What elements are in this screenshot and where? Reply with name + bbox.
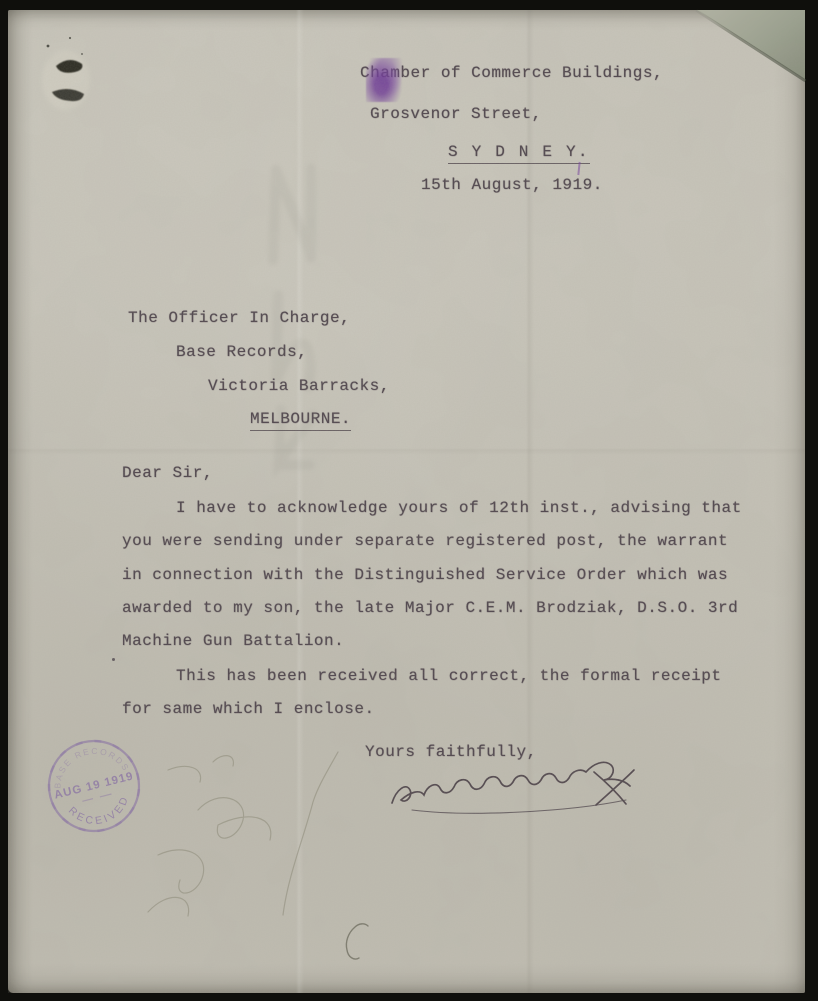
paper-tear bbox=[42, 37, 90, 110]
body-line: I have to acknowledge yours of 12th inst… bbox=[176, 499, 742, 518]
pencil-scribbles bbox=[148, 752, 338, 916]
body-line: for same which I enclose. bbox=[122, 700, 375, 719]
body-line: in connection with the Distinguished Ser… bbox=[122, 566, 728, 585]
heading-date: 15th August, 1919. bbox=[421, 176, 603, 195]
salutation: Dear Sir, bbox=[122, 464, 213, 483]
recipient-line1: The Officer In Charge, bbox=[128, 309, 350, 328]
closing: Yours faithfully, bbox=[365, 743, 537, 762]
stamp-date: AUG 19 1919 bbox=[53, 770, 135, 801]
recipient-line3: Victoria Barracks, bbox=[208, 377, 390, 396]
letter-page: Chamber of Commerce Buildings, Grosvenor… bbox=[8, 10, 805, 993]
body-line: This has been received all correct, the … bbox=[176, 667, 721, 686]
heading-address-line2: Grosvenor Street, bbox=[370, 105, 542, 124]
heading-city: S Y D N E Y. bbox=[448, 143, 590, 164]
pencil-c-mark bbox=[346, 924, 368, 959]
recipient-line2: Base Records, bbox=[176, 343, 307, 362]
stray-ink-dot bbox=[112, 658, 115, 661]
ink-smudge bbox=[577, 162, 580, 175]
recipient-city: MELBOURNE. bbox=[250, 410, 351, 431]
body-line: awarded to my son, the late Major C.E.M.… bbox=[122, 599, 738, 618]
body-line: Machine Gun Battalion. bbox=[122, 632, 344, 651]
signature bbox=[392, 762, 634, 813]
received-stamp: BASE RECORDS RECEIVED AUG 19 1919 bbox=[25, 717, 162, 854]
svg-text:BASE RECORDS: BASE RECORDS bbox=[45, 737, 133, 791]
heading-address-line1: Chamber of Commerce Buildings, bbox=[360, 64, 663, 83]
svg-text:RECEIVED: RECEIVED bbox=[64, 791, 136, 835]
ink-blot bbox=[366, 58, 402, 102]
body-line: you were sending under separate register… bbox=[122, 532, 728, 551]
